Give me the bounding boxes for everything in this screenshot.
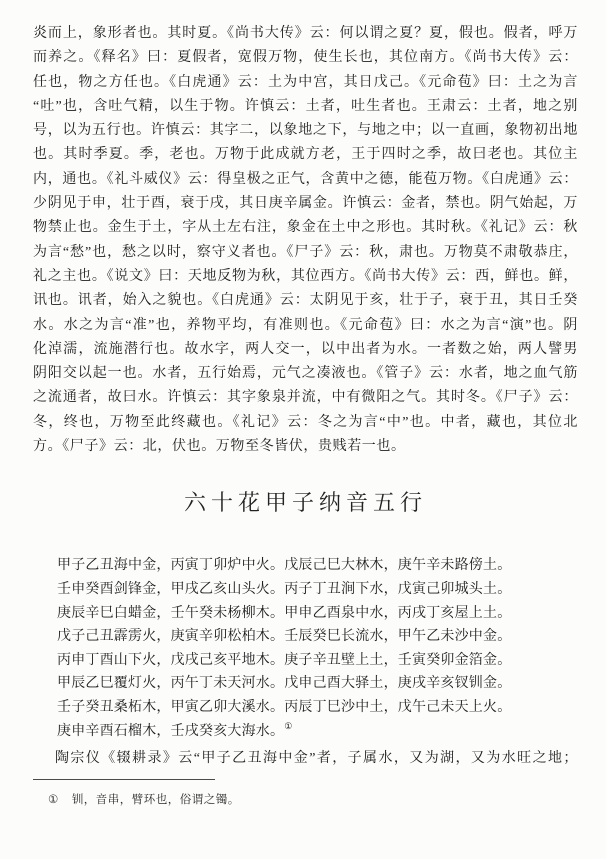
paragraph-line: 少阴见于申，壮于酉，衰于戌，其日庚辛属金。许慎云：金者，禁也。阴气始起，万 xyxy=(33,192,578,216)
commentary-paragraph: 陶宗仪《辍耕录》云“甲子乙丑海中金”者，子属水，又为湖，又为水旺之地； xyxy=(33,747,578,771)
footnote-marker: ① xyxy=(48,792,59,808)
paragraph-line: 礼之主也。《说文》曰：天地反物为秋，其位西方。《尚书大传》云：西，鲜也。鲜， xyxy=(33,265,578,289)
footnote-text: 钏，音串，臂环也，俗谓之镯。 xyxy=(72,792,240,808)
paragraph-line: 为言“愁”也，愁之以时，察守义者也。《尸子》云：秋，肃也。万物莫不肃敬恭庄， xyxy=(33,241,578,265)
paragraph-line: 之流通者，故曰水。许慎云：其字象泉并流，中有微阳之气。其时冬。《尸子》云： xyxy=(33,386,578,410)
nayin-list: 甲子乙丑海中金，丙寅丁卯炉中火。戊辰己巳大林木，庚午辛未路傍土。 壬申癸酉剑锋金… xyxy=(33,554,578,743)
footnote-separator xyxy=(33,779,215,780)
footnote: ① 钏，音串，臂环也，俗谓之镯。 xyxy=(33,792,578,808)
paragraph-line: 阴阳交以起一也。水者，五行始焉，元气之凑液也。《管子》云：水者，地之血气筋脉 xyxy=(33,362,578,386)
paragraph-line: 冬，终也，万物至此终藏也。《礼记》云：冬之为言“中”也。中者，藏也，其位北 xyxy=(33,411,578,435)
nayin-line: 丙申丁酉山下火，戊戌己亥平地木。庚子辛丑壁上土，壬寅癸卯金箔金。 xyxy=(57,649,578,673)
intro-paragraph: 炎而上，象形者也。其时夏。《尚书大传》云：何以谓之夏？夏，假也。假者，呼万物 而… xyxy=(33,22,578,459)
paragraph-line: 方。《尸子》云：北，伏也。万物至冬皆伏，贵贱若一也。 xyxy=(33,435,578,459)
paragraph-line: 讯也。讯者，始入之貌也。《白虎通》云：太阴见于亥，壮于子，衰于丑，其日壬癸属 xyxy=(33,289,578,313)
nayin-line: 庚辰辛巳白蜡金，壬午癸未杨柳木。甲申乙酉泉中水，丙戌丁亥屋上土。 xyxy=(57,602,578,626)
paragraph-line: 内，通也。《礼斗威仪》云：得皇极之正气，含黄中之德，能苞万物。《白虎通》云： xyxy=(33,168,578,192)
paragraph-line: 水。水之为言“准”也，养物平均，有准则也。《元命苞》曰：水之为言“演”也。阴 xyxy=(33,314,578,338)
nayin-line: 壬申癸酉剑锋金，甲戌乙亥山头火。丙子丁丑涧下水，戊寅己卯城头土。 xyxy=(57,578,578,602)
paragraph-line: 号，以为五行也。许慎云：其字二，以象地之下，与地之中；以一直画，象物初出地 xyxy=(33,119,578,143)
section-heading: 六十花甲子纳音五行 xyxy=(33,487,578,518)
footnote-reference: ① xyxy=(284,721,292,731)
nayin-line: 壬子癸丑桑柘木，甲寅乙卯大溪水。丙辰丁巳沙中土，戊午己未天上火。 xyxy=(57,696,578,720)
nayin-line: 庚申辛酉石榴木，壬戌癸亥大海水。① xyxy=(57,720,578,744)
nayin-line: 戊子己丑霹雳火，庚寅辛卯松柏木。壬辰癸巳长流水，甲午乙未沙中金。 xyxy=(57,625,578,649)
nayin-line: 甲辰乙巳覆灯火，丙午丁未天河水。戊申己酉大驿土，庚戌辛亥钗钏金。 xyxy=(57,672,578,696)
paragraph-line: 而养之。《释名》曰：夏假者，宽假万物，使生长也，其位南方。《尚书大传》云：南， xyxy=(33,46,578,70)
paragraph-line: “吐”也，含吐气精，以生于物。许慎云：土者，吐生者也。王肃云：土者，地之别 xyxy=(33,95,578,119)
paragraph-line: 任也，物之方任也。《白虎通》云：土为中宫，其日戊己。《元命苞》曰：土之为言 xyxy=(33,71,578,95)
paragraph-line: 也。其时季夏。季，老也。万物于此成就方老，王于四时之季，故曰老也。其位主内。 xyxy=(33,143,578,167)
nayin-line: 甲子乙丑海中金，丙寅丁卯炉中火。戊辰己巳大林木，庚午辛未路傍土。 xyxy=(57,554,578,578)
paragraph-line: 化淖濡，流施潜行也。故水字，两人交一，以中出者为水。一者数之始，两人譬男女， xyxy=(33,338,578,362)
paragraph-line: 炎而上，象形者也。其时夏。《尚书大传》云：何以谓之夏？夏，假也。假者，呼万物 xyxy=(33,22,578,46)
nayin-line-text: 庚申辛酉石榴木，壬戌癸亥大海水。 xyxy=(57,724,284,739)
paragraph-line: 物禁止也。金生于土，字从土左右注，象金在土中之形也。其时秋。《礼记》云：秋之 xyxy=(33,216,578,240)
book-page: 炎而上，象形者也。其时夏。《尚书大传》云：何以谓之夏？夏，假也。假者，呼万物 而… xyxy=(0,0,606,859)
